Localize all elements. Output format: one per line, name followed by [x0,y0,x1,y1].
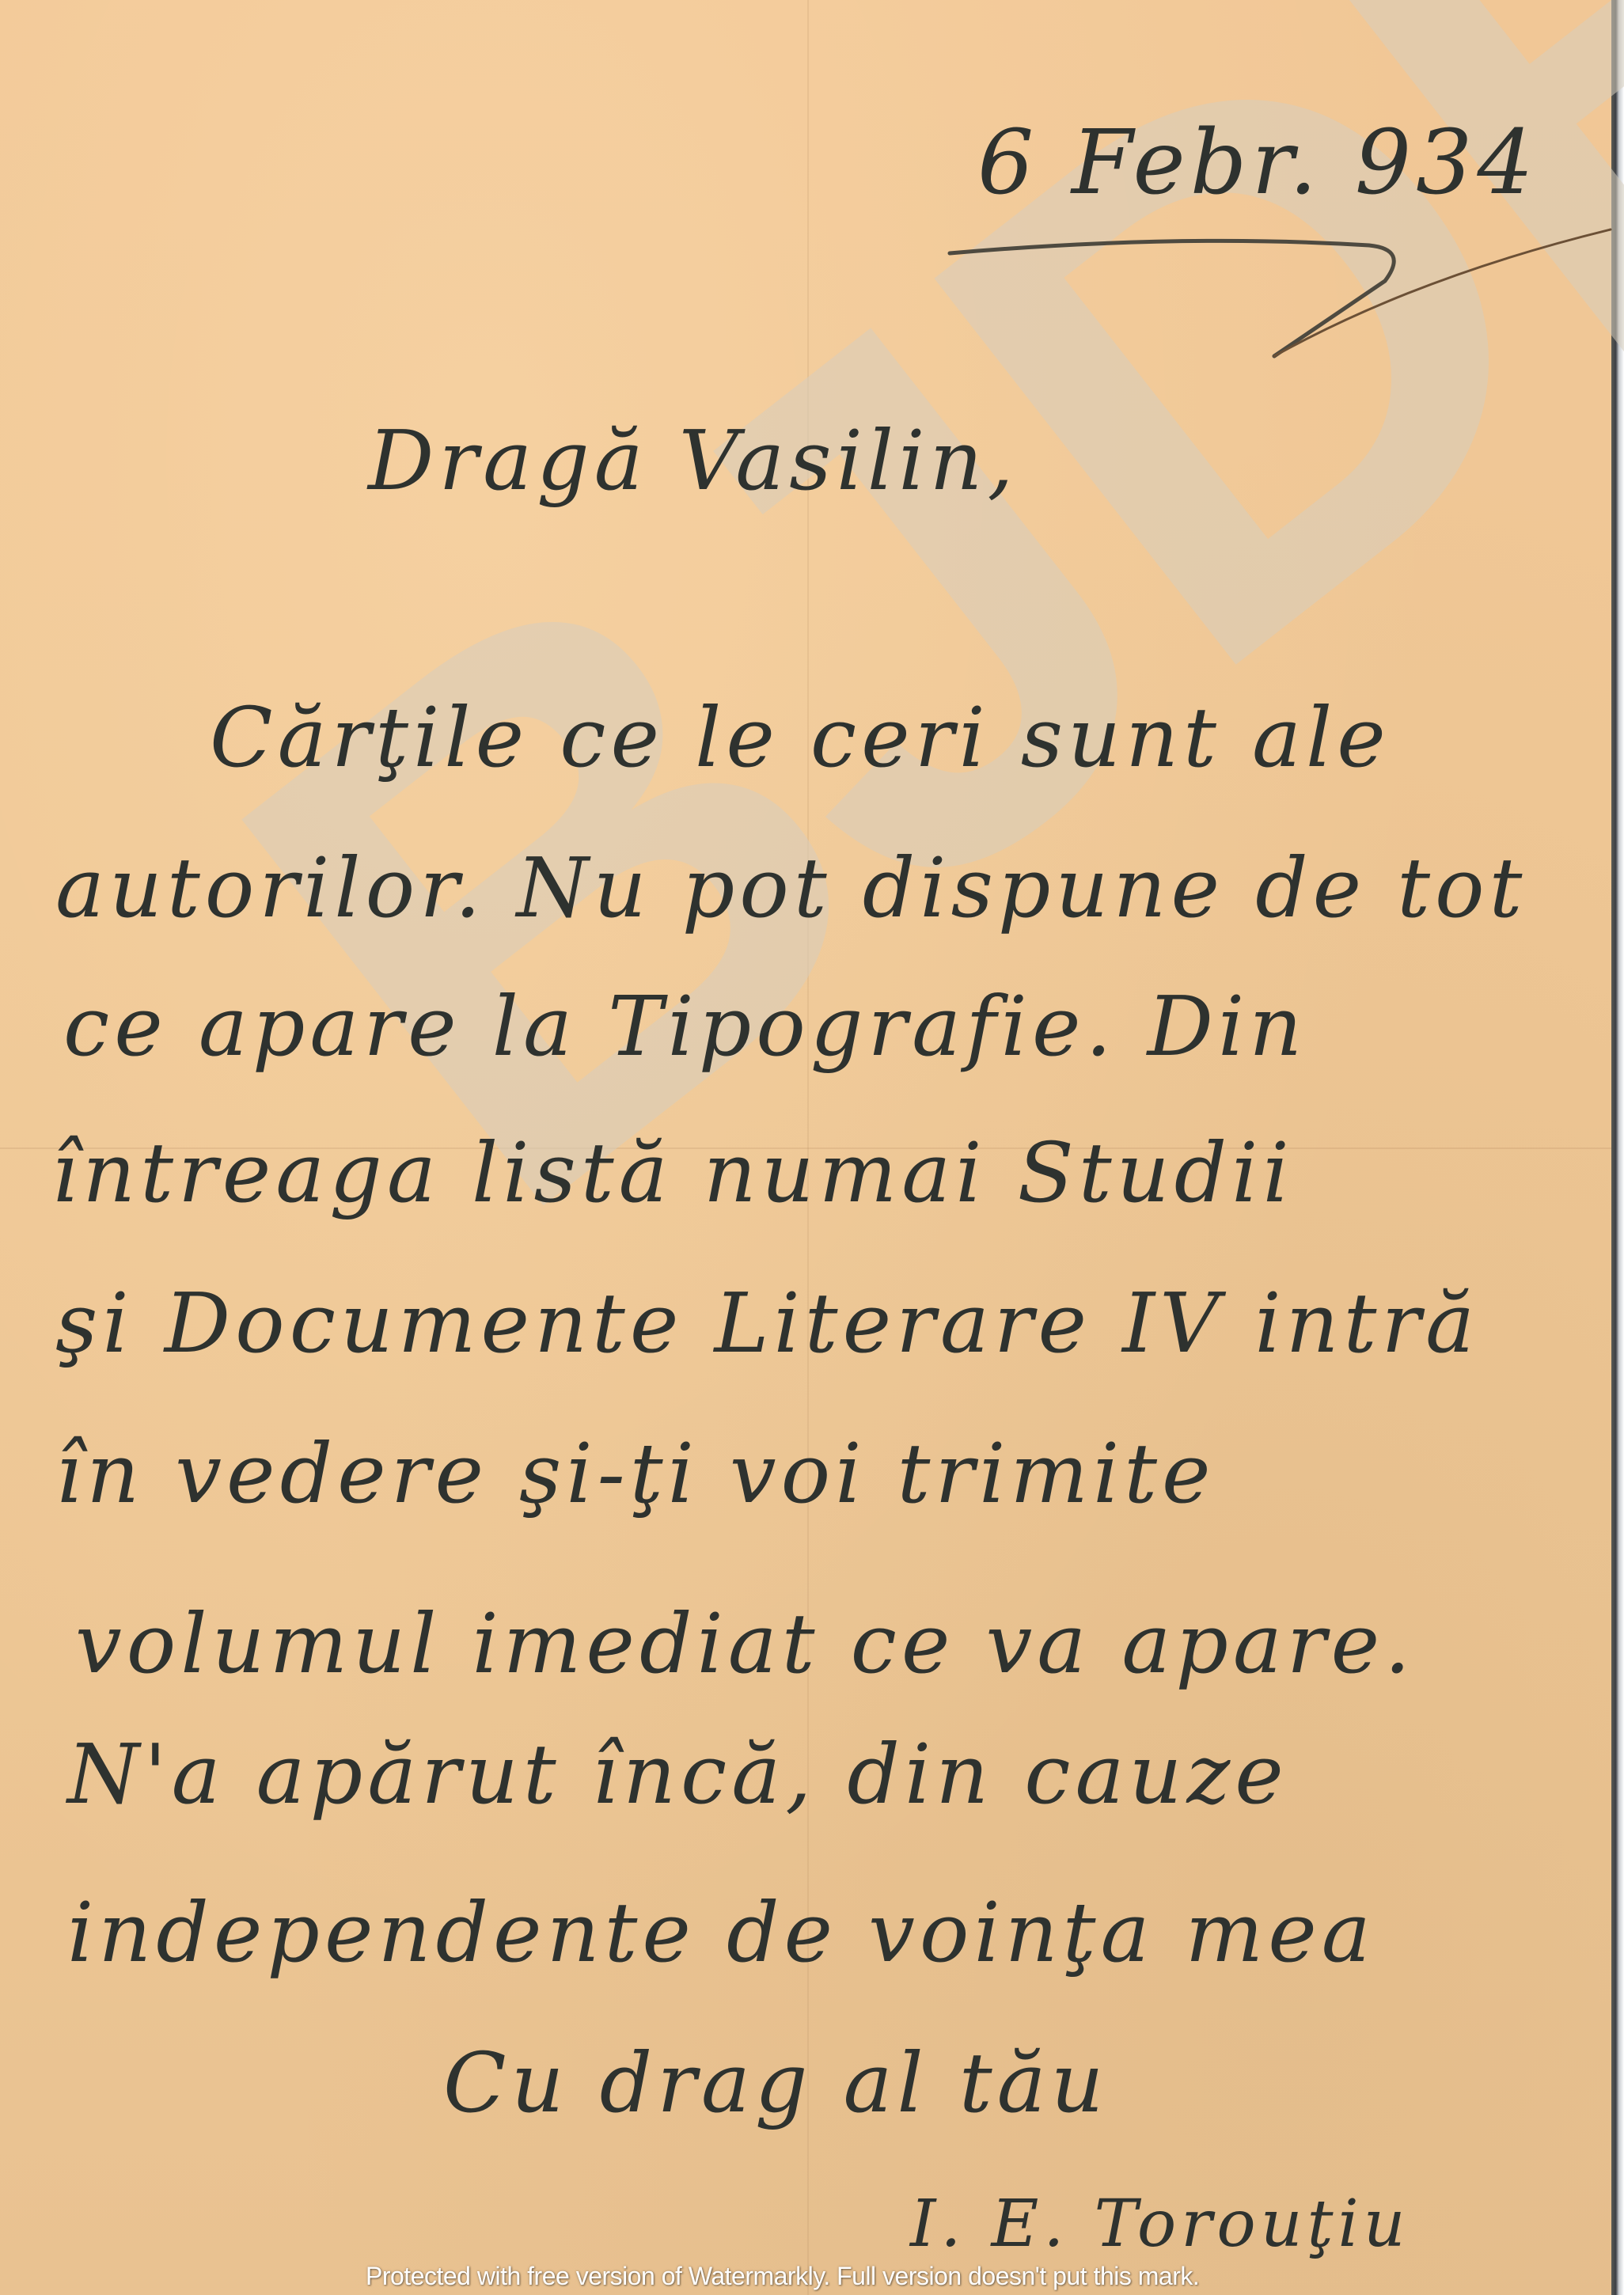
letter-date: 6 Febr. 934 [977,119,1539,207]
letter-body-line-5: şi Documente Literare IV intră [55,1282,1479,1364]
letter-body-line-4: întreaga listă numai Studii [51,1132,1294,1214]
letter-body-line-8: N'a apărut încă, din cauze [67,1733,1288,1815]
letter-signature: I. E. Torouţiu [910,2192,1410,2257]
letter-closing: Cu drag al tău [443,2042,1109,2124]
letter-salutation: Dragă Vasilin, [368,419,1019,502]
letter-body-line-1: Cărţile ce le ceri sunt ale [210,696,1391,779]
letter-body-line-2: autorilor. Nu pot dispune de tot [55,847,1527,929]
letter-body-line-9: independente de voinţa mea [67,1891,1375,1974]
letter-body-line-6: în vedere şi-ţi voi trimite [55,1432,1216,1515]
watermark-notice: Protected with free version of Watermark… [366,2262,1199,2291]
letter-body-line-3: ce apare la Tipografie. Din [63,985,1307,1068]
date-flourish-icon [942,214,1615,364]
letter-body-line-7: volumul imediat ce va apare. [75,1603,1415,1685]
